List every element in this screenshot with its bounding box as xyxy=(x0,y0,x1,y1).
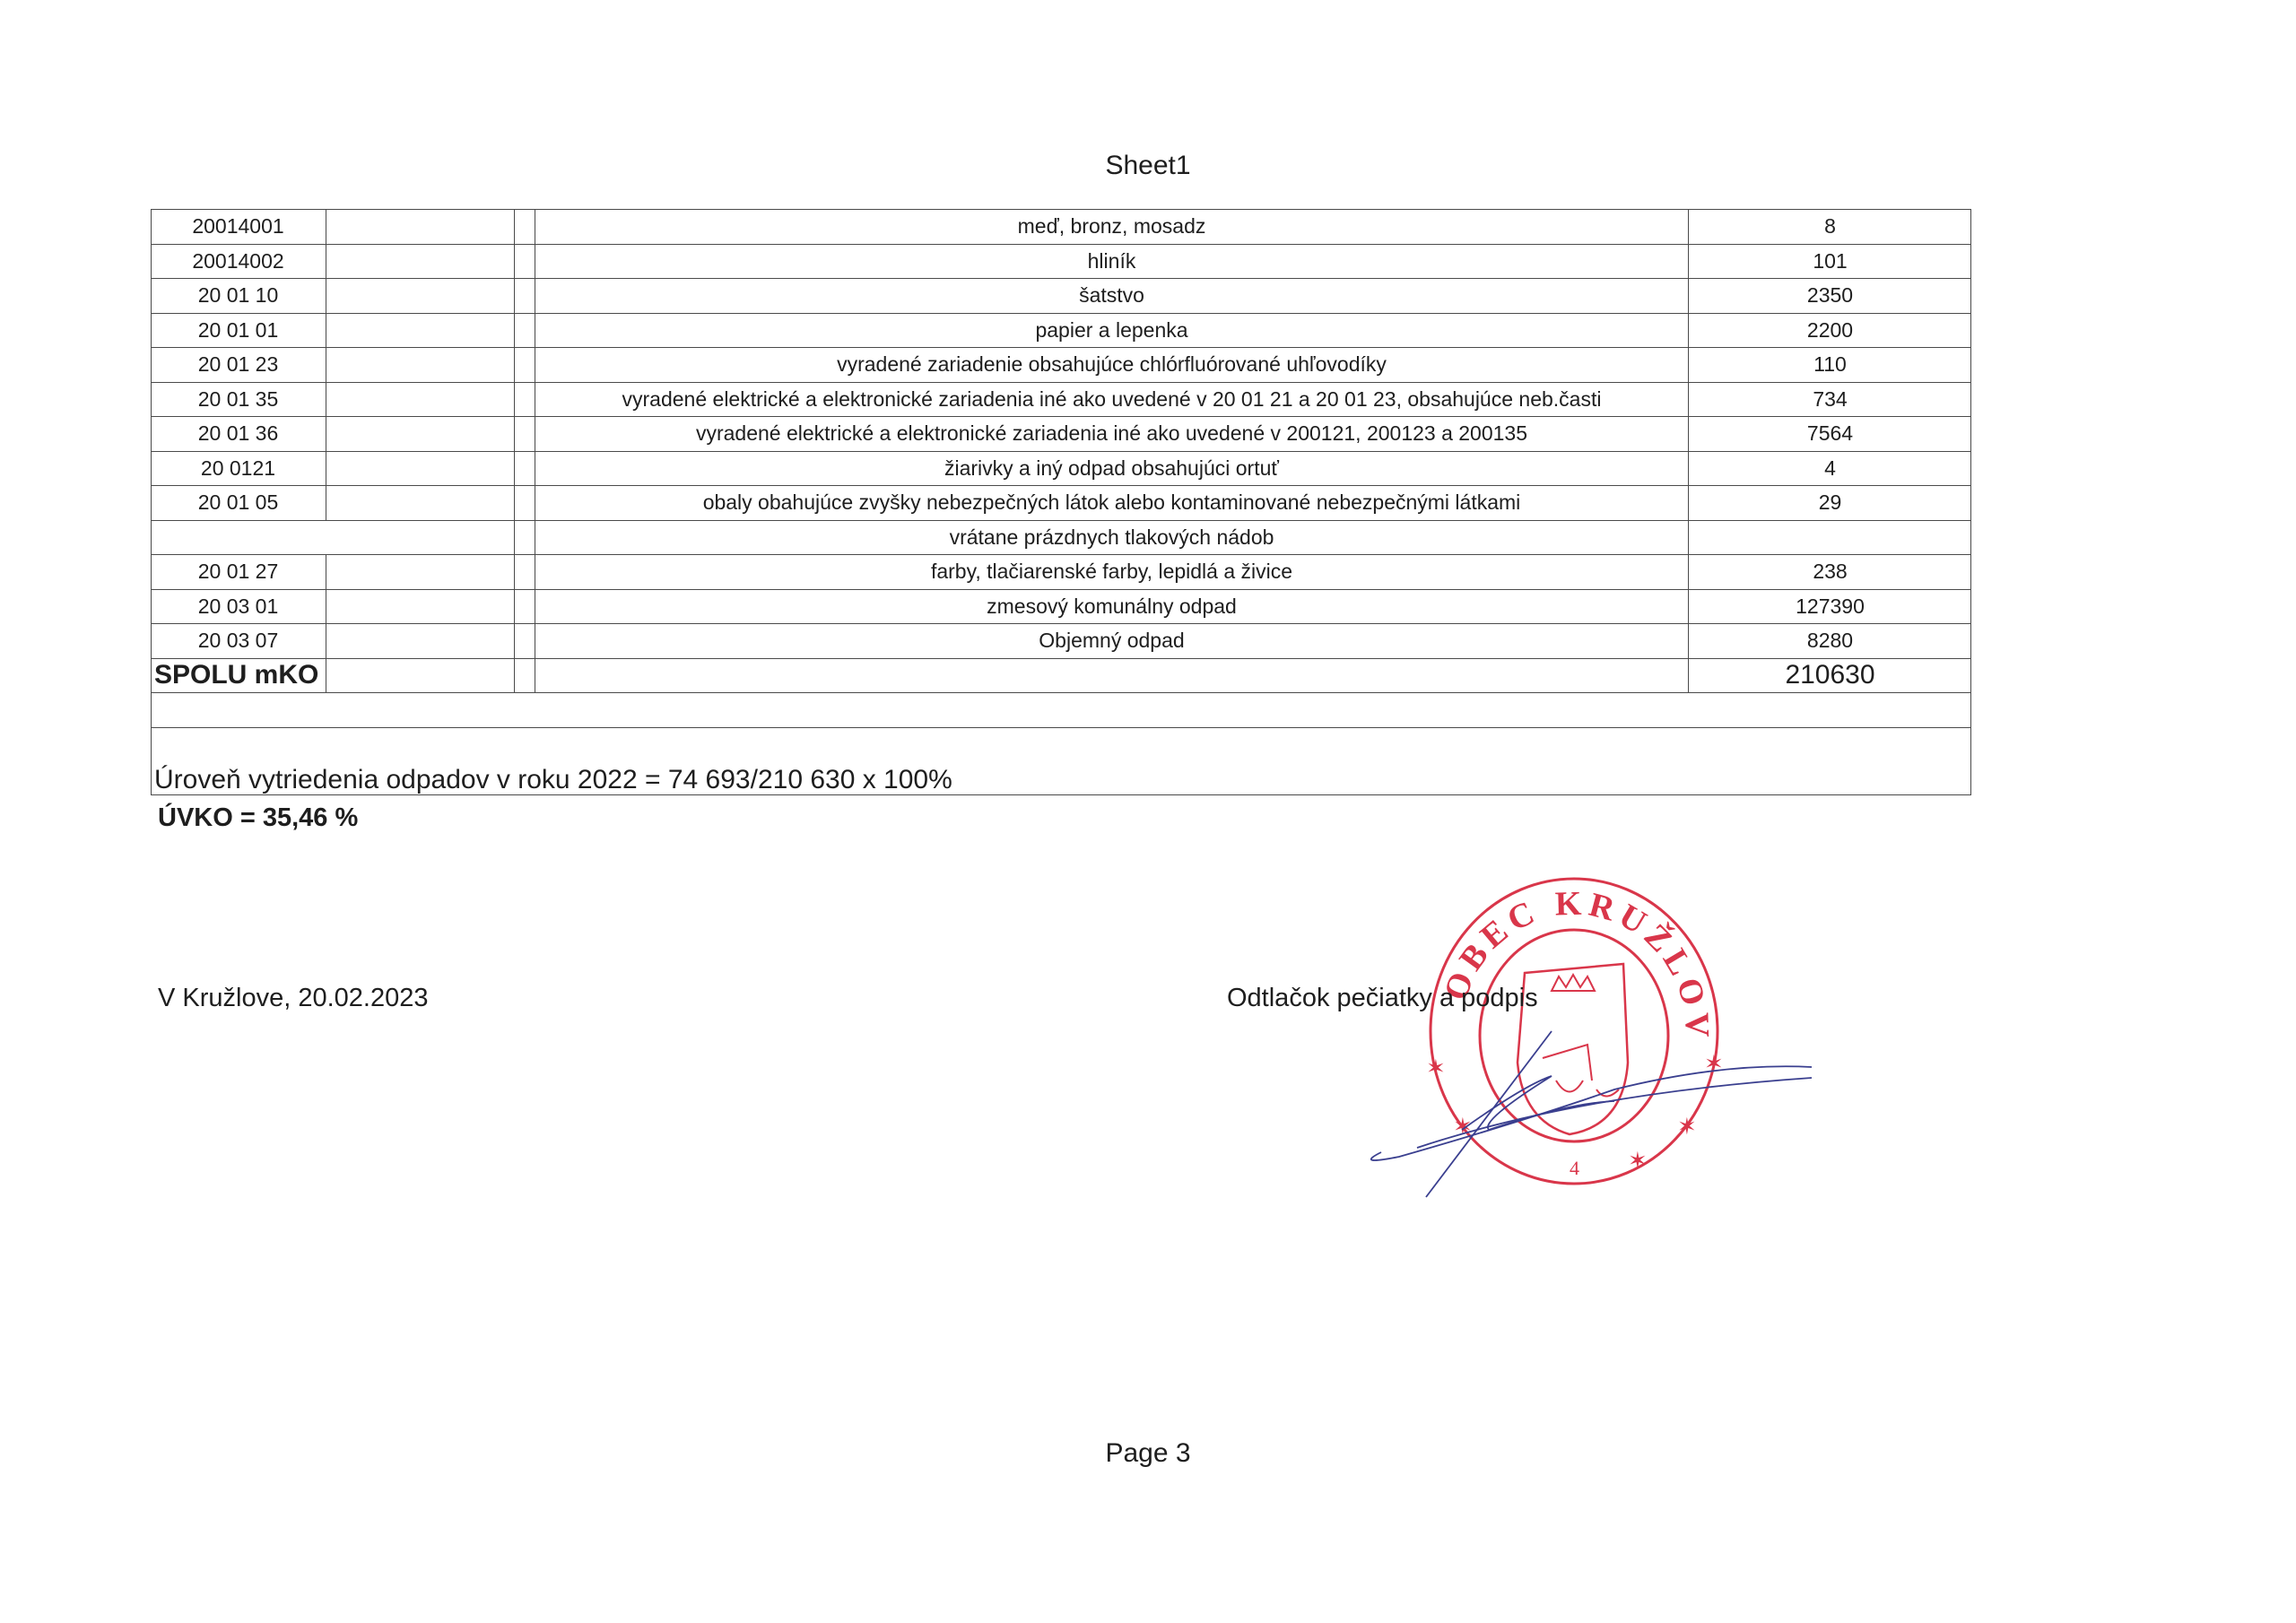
waste-description: meď, bronz, mosadz xyxy=(535,210,1689,244)
waste-amount: 7564 xyxy=(1689,417,1971,451)
empty-cell xyxy=(515,659,535,693)
empty-cell xyxy=(535,659,1689,693)
empty-cell xyxy=(515,279,535,313)
waste-description: obaly obahujúce zvyšky nebezpečných láto… xyxy=(535,486,1689,520)
total-row: SPOLU mKO210630 xyxy=(151,658,1971,693)
empty-cell xyxy=(515,417,535,451)
waste-amount: 2350 xyxy=(1689,279,1971,313)
table-row: 20 01 35vyradené elektrické a elektronic… xyxy=(151,382,1971,417)
waste-amount: 110 xyxy=(1689,348,1971,382)
empty-cell xyxy=(515,383,535,417)
empty-cell xyxy=(151,521,515,555)
waste-description: žiarivky a iný odpad obsahujúci ortuť xyxy=(535,452,1689,486)
waste-description: hliník xyxy=(535,245,1689,279)
waste-amount xyxy=(1689,521,1971,555)
table-row: 20 03 01zmesový komunálny odpad127390 xyxy=(151,589,1971,624)
waste-code: 20 03 07 xyxy=(151,624,326,658)
empty-cell xyxy=(515,624,535,658)
empty-cell xyxy=(515,521,535,555)
empty-cell xyxy=(515,245,535,279)
waste-code: 20 01 35 xyxy=(151,383,326,417)
table-row: 20 01 05obaly obahujúce zvyšky nebezpečn… xyxy=(151,485,1971,520)
waste-description: Objemný odpad xyxy=(535,624,1689,658)
table-row: 20 01 10šatstvo2350 xyxy=(151,278,1971,313)
empty-cell xyxy=(515,210,535,244)
waste-code: 20 03 01 xyxy=(151,590,326,624)
signature-icon xyxy=(1345,1013,1848,1211)
empty-cell xyxy=(515,452,535,486)
empty-cell xyxy=(326,590,515,624)
empty-cell xyxy=(326,348,515,382)
waste-description: vyradené elektrické a elektronické zaria… xyxy=(535,383,1689,417)
page-number: Page 3 xyxy=(0,1438,2296,1469)
empty-cell xyxy=(326,659,515,693)
waste-code: 20 01 01 xyxy=(151,314,326,348)
waste-description: farby, tlačiarenské farby, lepidlá a živ… xyxy=(535,555,1689,589)
empty-cell xyxy=(326,452,515,486)
table-row: 20 01 36vyradené elektrické a elektronic… xyxy=(151,416,1971,451)
empty-cell xyxy=(326,624,515,658)
total-label: SPOLU mKO xyxy=(151,659,326,693)
waste-amount: 8280 xyxy=(1689,624,1971,658)
uvko-result: ÚVKO = 35,46 % xyxy=(158,803,358,833)
waste-description: vyradené zariadenie obsahujúce chlórfluó… xyxy=(535,348,1689,382)
waste-amount: 734 xyxy=(1689,383,1971,417)
table-row: 20 01 27farby, tlačiarenské farby, lepid… xyxy=(151,554,1971,589)
waste-code: 20 0121 xyxy=(151,452,326,486)
empty-cell xyxy=(515,555,535,589)
empty-cell xyxy=(326,210,515,244)
waste-code: 20 01 10 xyxy=(151,279,326,313)
waste-description: papier a lepenka xyxy=(535,314,1689,348)
stamp-label: Odtlačok pečiatky a podpis xyxy=(1227,984,1538,1013)
empty-cell xyxy=(326,417,515,451)
waste-code: 20 01 05 xyxy=(151,486,326,520)
table-row: 20014002hliník101 xyxy=(151,244,1971,279)
waste-code: 20014001 xyxy=(151,210,326,244)
empty-cell xyxy=(515,314,535,348)
waste-description: vrátane prázdnych tlakových nádob xyxy=(535,521,1689,555)
empty-cell xyxy=(326,314,515,348)
waste-amount: 4 xyxy=(1689,452,1971,486)
waste-amount: 238 xyxy=(1689,555,1971,589)
empty-cell xyxy=(515,590,535,624)
empty-cell xyxy=(326,383,515,417)
table-row: 20 0121žiarivky a iný odpad obsahujúci o… xyxy=(151,451,1971,486)
empty-cell xyxy=(326,486,515,520)
waste-code: 20014002 xyxy=(151,245,326,279)
formula-row: Úroveň vytriedenia odpadov v roku 2022 =… xyxy=(151,727,1971,795)
blank-row xyxy=(151,692,1971,727)
table-row: 20 03 07Objemný odpad8280 xyxy=(151,623,1971,658)
empty-cell xyxy=(515,348,535,382)
sorting-formula: Úroveň vytriedenia odpadov v roku 2022 =… xyxy=(154,765,952,795)
table-row: vrátane prázdnych tlakových nádob xyxy=(151,520,1971,555)
empty-cell xyxy=(326,555,515,589)
table-row: 20 01 01papier a lepenka2200 xyxy=(151,313,1971,348)
waste-description: šatstvo xyxy=(535,279,1689,313)
empty-cell xyxy=(515,486,535,520)
waste-amount: 2200 xyxy=(1689,314,1971,348)
waste-amount: 29 xyxy=(1689,486,1971,520)
place-date: V Kružlove, 20.02.2023 xyxy=(158,984,428,1013)
table-row: 20014001meď, bronz, mosadz8 xyxy=(151,209,1971,244)
waste-amount: 8 xyxy=(1689,210,1971,244)
waste-code: 20 01 23 xyxy=(151,348,326,382)
waste-amount: 101 xyxy=(1689,245,1971,279)
waste-description: vyradené elektrické a elektronické zaria… xyxy=(535,417,1689,451)
waste-code: 20 01 36 xyxy=(151,417,326,451)
waste-code: 20 01 27 xyxy=(151,555,326,589)
waste-description: zmesový komunálny odpad xyxy=(535,590,1689,624)
empty-cell xyxy=(326,279,515,313)
empty-cell xyxy=(326,245,515,279)
waste-amount: 127390 xyxy=(1689,590,1971,624)
total-value: 210630 xyxy=(1689,659,1971,693)
table-row: 20 01 23vyradené zariadenie obsahujúce c… xyxy=(151,347,1971,382)
sheet-title: Sheet1 xyxy=(0,151,2296,181)
